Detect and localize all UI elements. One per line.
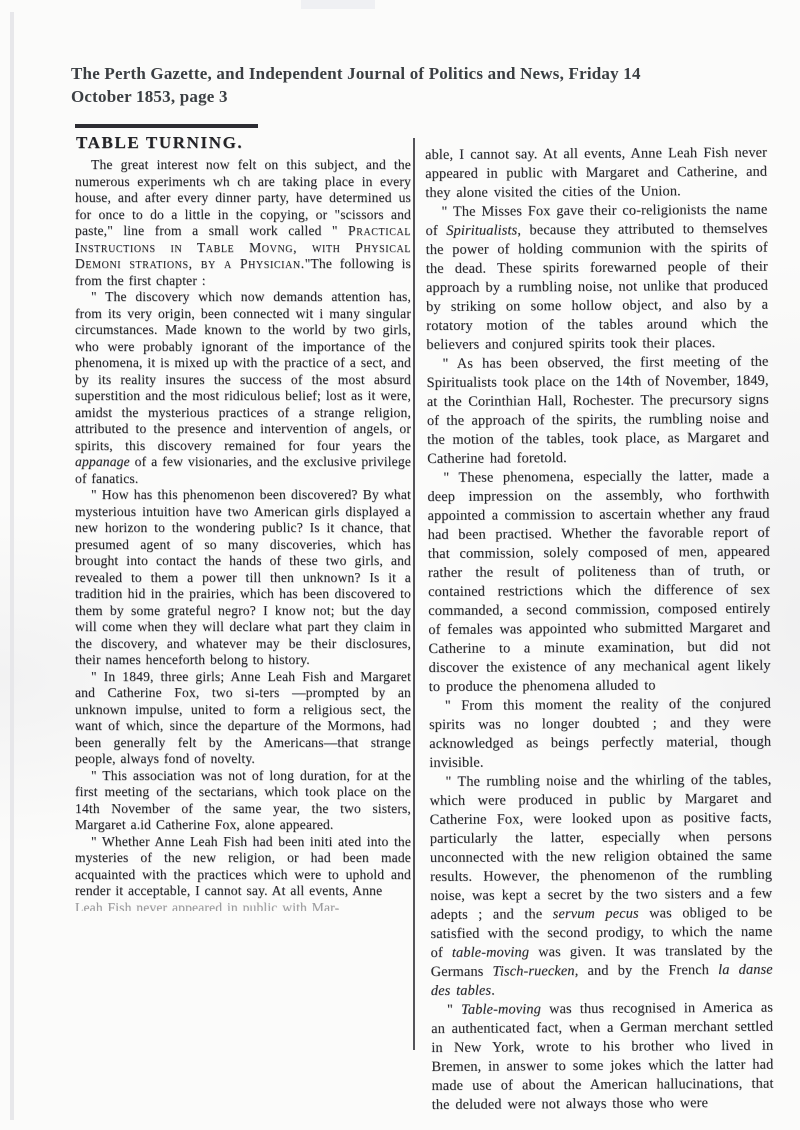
paragraph: The great interest now felt on this subj… [75, 157, 411, 289]
paragraph: " The rumbling noise and the whirling of… [429, 771, 773, 1001]
text-run-italic: servum pecus [553, 906, 639, 923]
masthead: The Perth Gazette, and Independent Journ… [71, 62, 771, 108]
title-rule [75, 124, 258, 128]
scan-top-artifact [301, 0, 375, 9]
text-run: . [491, 983, 495, 999]
text-run: " Whether Anne Leah Fish had been initi … [75, 834, 411, 899]
paragraph: " The Misses Fox gave their co-religioni… [425, 201, 768, 355]
text-run: " These phenomena, especially the latter… [427, 468, 770, 695]
text-run: " The discovery which now demands attent… [75, 289, 411, 453]
text-run: " The rumbling noise and the whirling of… [430, 772, 773, 923]
text-run: " This association was not of long durat… [75, 768, 411, 833]
paragraph: able, I cannot say. At all events, Anne … [425, 144, 767, 203]
text-run: " [447, 1002, 461, 1018]
article: TABLE TURNING. The great interest now fe… [75, 122, 767, 1082]
cutoff-line: Leah Fish never appeared in public with … [75, 900, 411, 911]
text-run-italic: Tisch-ruecken [492, 963, 574, 980]
paragraph: " From this moment the reality of the co… [429, 695, 772, 773]
text-run-italic: Spiritualists [446, 222, 517, 238]
paragraph: " In 1849, three girls; Anne Leah Fish a… [75, 669, 411, 768]
paragraph: " Table-moving was thus recognised in Am… [431, 999, 774, 1115]
paragraph: " How has this phenomenon been discovere… [75, 487, 411, 669]
masthead-line2: October 1853, page 3 [71, 85, 771, 108]
right-column: able, I cannot say. At all events, Anne … [425, 144, 774, 1115]
text-run: " As has been observed, the first meetin… [427, 354, 770, 467]
masthead-line1: The Perth Gazette, and Independent Journ… [71, 62, 771, 85]
text-run: " In 1849, three girls; Anne Leah Fish a… [75, 669, 411, 767]
text-run: , and by the French [575, 962, 719, 979]
text-run-italic: table-moving [452, 944, 529, 961]
paragraph: " As has been observed, the first meetin… [426, 353, 769, 469]
scan-edge-artifact [10, 12, 14, 1120]
paragraph: " These phenomena, especially the latter… [427, 467, 771, 697]
paragraph: " The discovery which now demands attent… [75, 289, 411, 487]
left-column: TABLE TURNING. The great interest now fe… [75, 122, 411, 911]
paragraph: " This association was not of long durat… [75, 768, 411, 834]
text-run: able, I cannot say. At all events, Anne … [425, 145, 767, 201]
article-title: TABLE TURNING. [76, 133, 411, 153]
column-divider [413, 138, 415, 1050]
text-run: , because they attributed to themselves … [426, 221, 769, 353]
paragraph: " Whether Anne Leah Fish had been initi … [75, 834, 411, 900]
text-run: Leah Fish never appeared in public with … [75, 900, 339, 911]
text-run: " How has this phenomenon been discovere… [75, 487, 411, 667]
text-run-italic: Table-moving [461, 1001, 541, 1018]
text-run: " From this moment the reality of the co… [429, 696, 771, 771]
text-run-italic: appanage [75, 454, 130, 469]
